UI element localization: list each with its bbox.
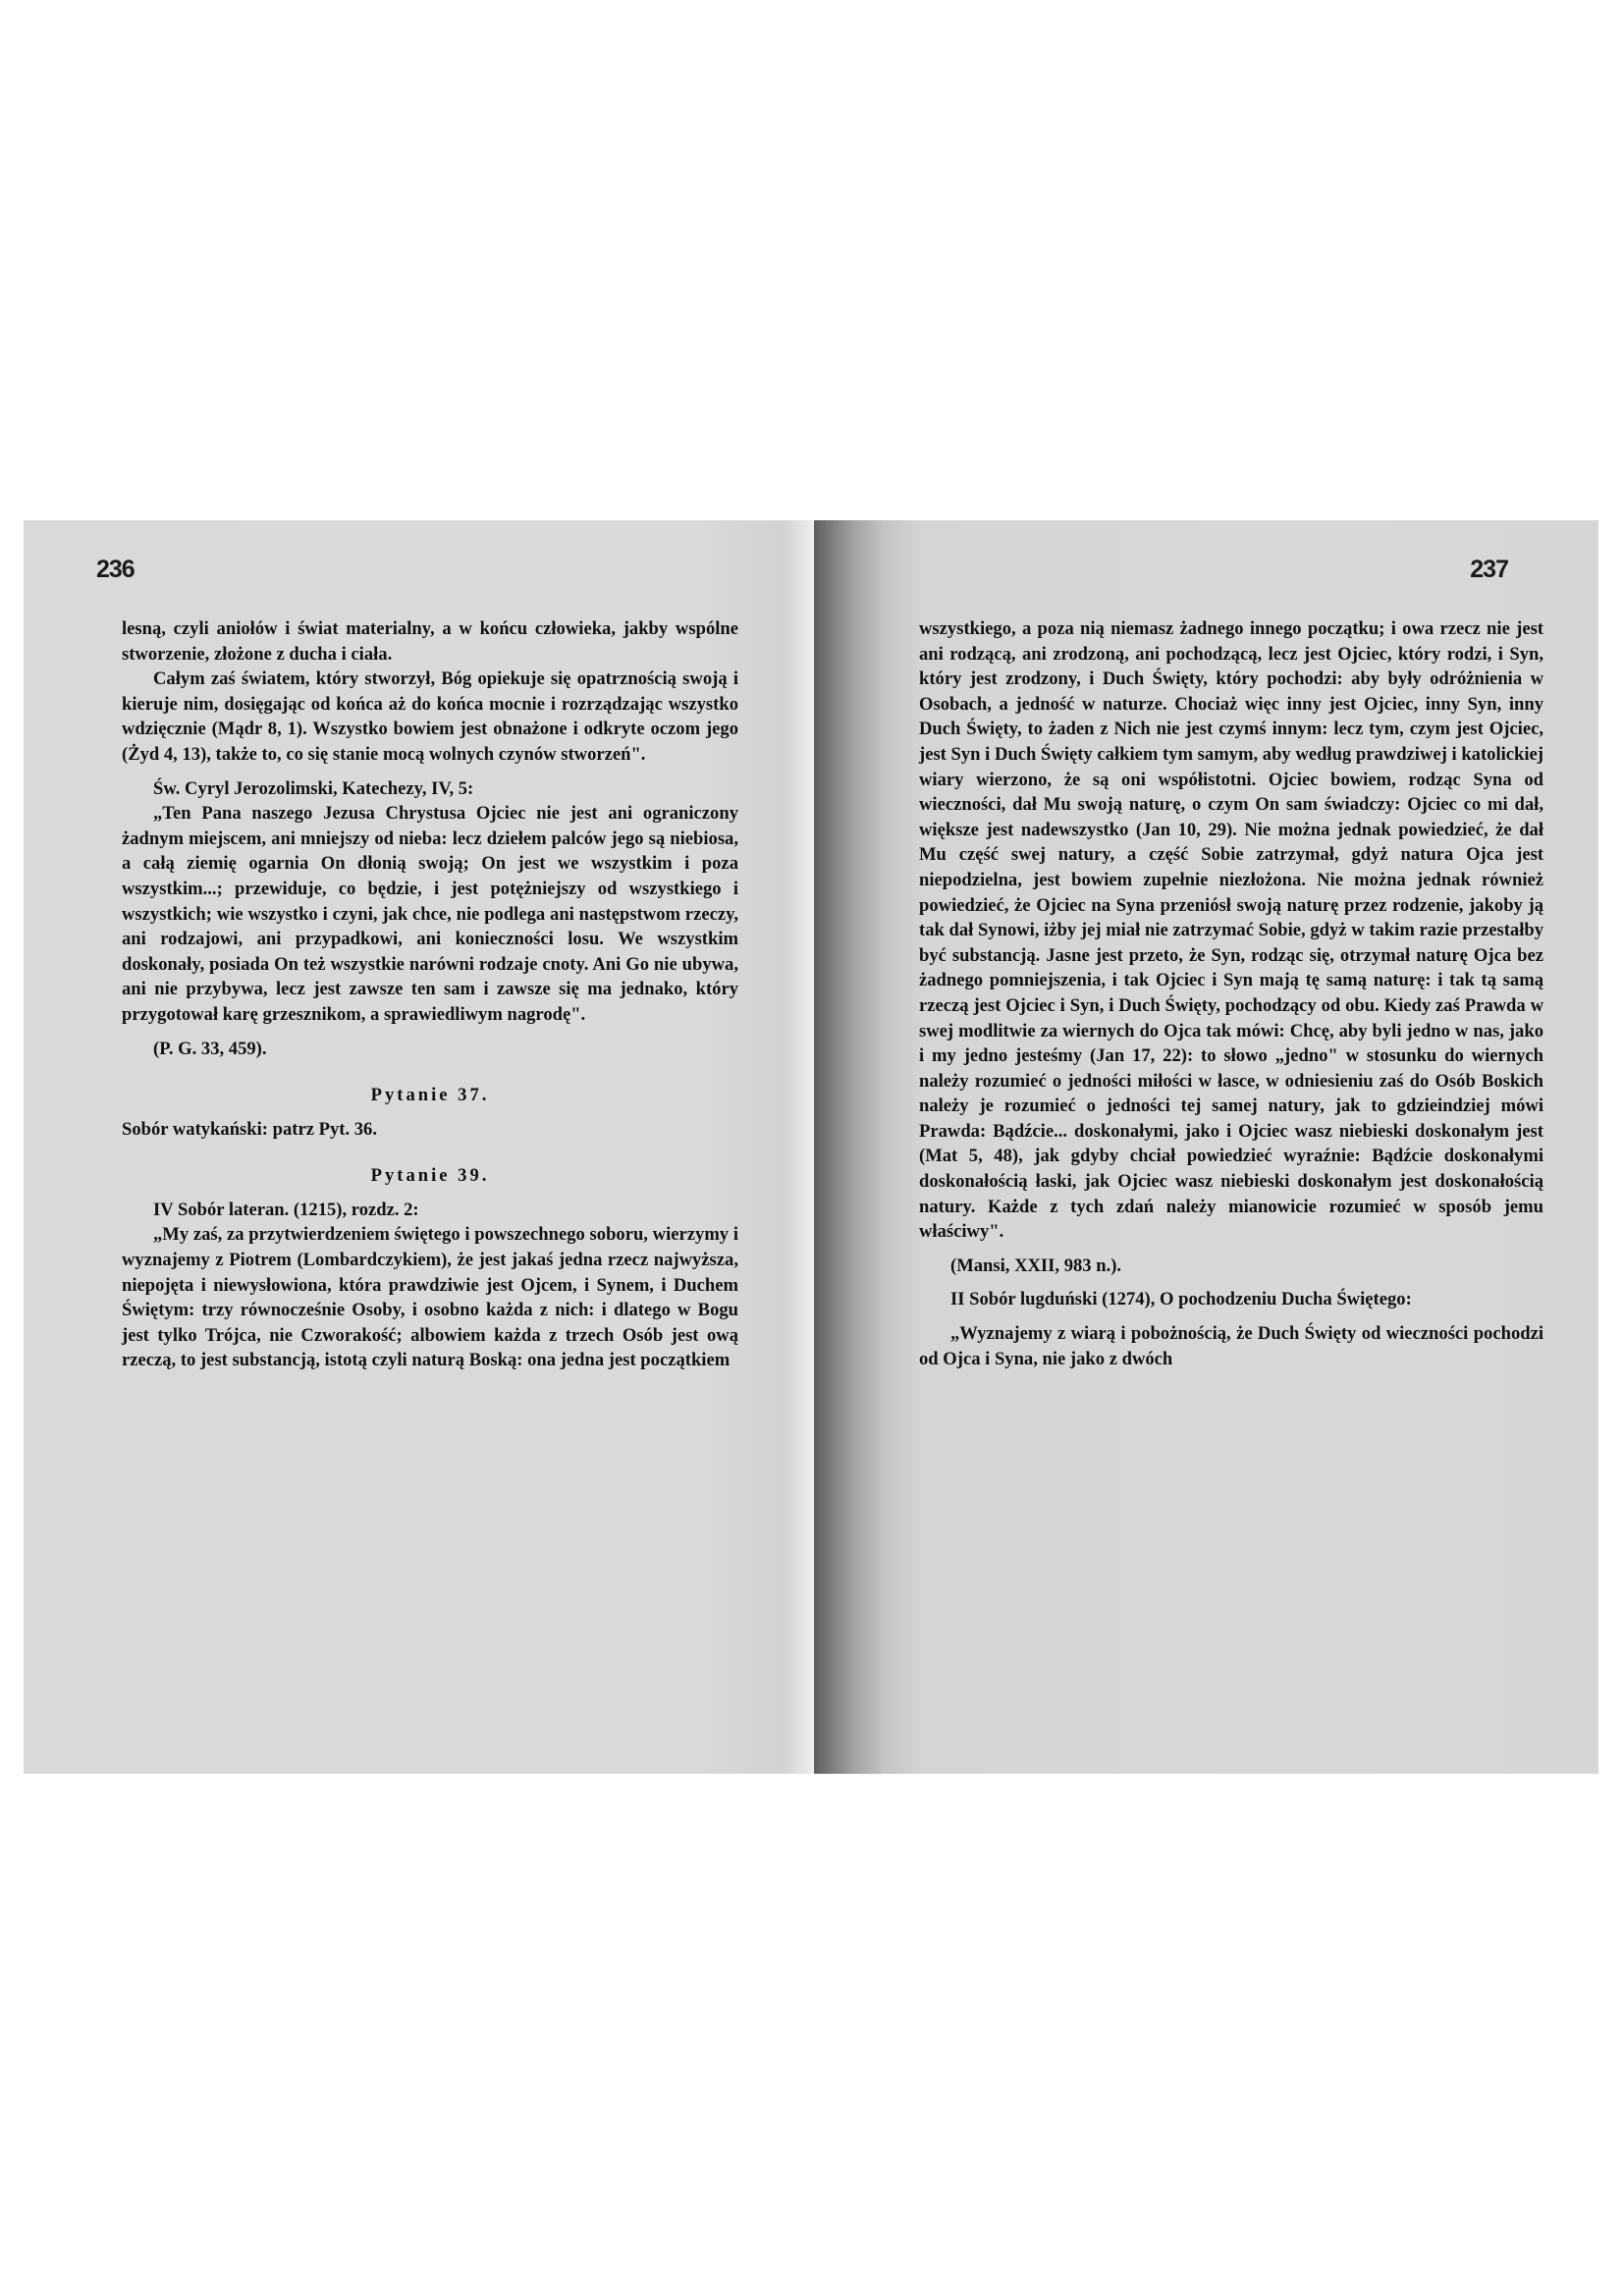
quote-paragraph: „My zaś, za przytwierdzeniem świętego i … (122, 1222, 738, 1373)
section-heading-pytanie-39: Pytanie 39. (122, 1163, 738, 1189)
cross-reference: Sobór watykański: patrz Pyt. 36. (122, 1117, 738, 1143)
page-number-right: 237 (1470, 556, 1508, 584)
paragraph: Całym zaś światem, który stworzył, Bóg o… (122, 667, 738, 767)
paragraph-text: Całym zaś światem, który stworzył, Bóg o… (122, 668, 738, 765)
citation-heading: IV Sobór lateran. (1215), rozdz. 2: (122, 1198, 738, 1223)
quote-paragraph: wszystkiego, a poza nią niemasz żadnego … (919, 616, 1543, 1245)
quote-paragraph: „Ten Pana naszego Jezusa Chrystusa Ojcie… (122, 801, 738, 1027)
left-page: 236 lesną, czyli aniołów i świat materia… (24, 520, 814, 1774)
book-scan: 236 lesną, czyli aniołów i świat materia… (24, 520, 1598, 1774)
page-number-left: 236 (96, 556, 135, 584)
right-page-text: wszystkiego, a poza nią niemasz żadnego … (919, 616, 1543, 1371)
left-page-text: lesną, czyli aniołów i świat materialny,… (122, 616, 738, 1373)
section-heading-pytanie-37: Pytanie 37. (122, 1083, 738, 1108)
paragraph: lesną, czyli aniołów i świat materialny,… (122, 616, 738, 667)
source-reference: (Mansi, XXII, 983 n.). (919, 1254, 1543, 1279)
right-page: 237 wszystkiego, a poza nią niemasz żadn… (814, 520, 1598, 1774)
citation-heading: II Sobór lugduński (1274), O pochodzeniu… (919, 1287, 1543, 1312)
source-reference: (P. G. 33, 459). (122, 1037, 738, 1062)
citation-heading: Św. Cyryl Jerozolimski, Katechezy, IV, 5… (122, 776, 738, 802)
quote-paragraph: „Wyznajemy z wiarą i pobożnością, że Duc… (919, 1321, 1543, 1371)
